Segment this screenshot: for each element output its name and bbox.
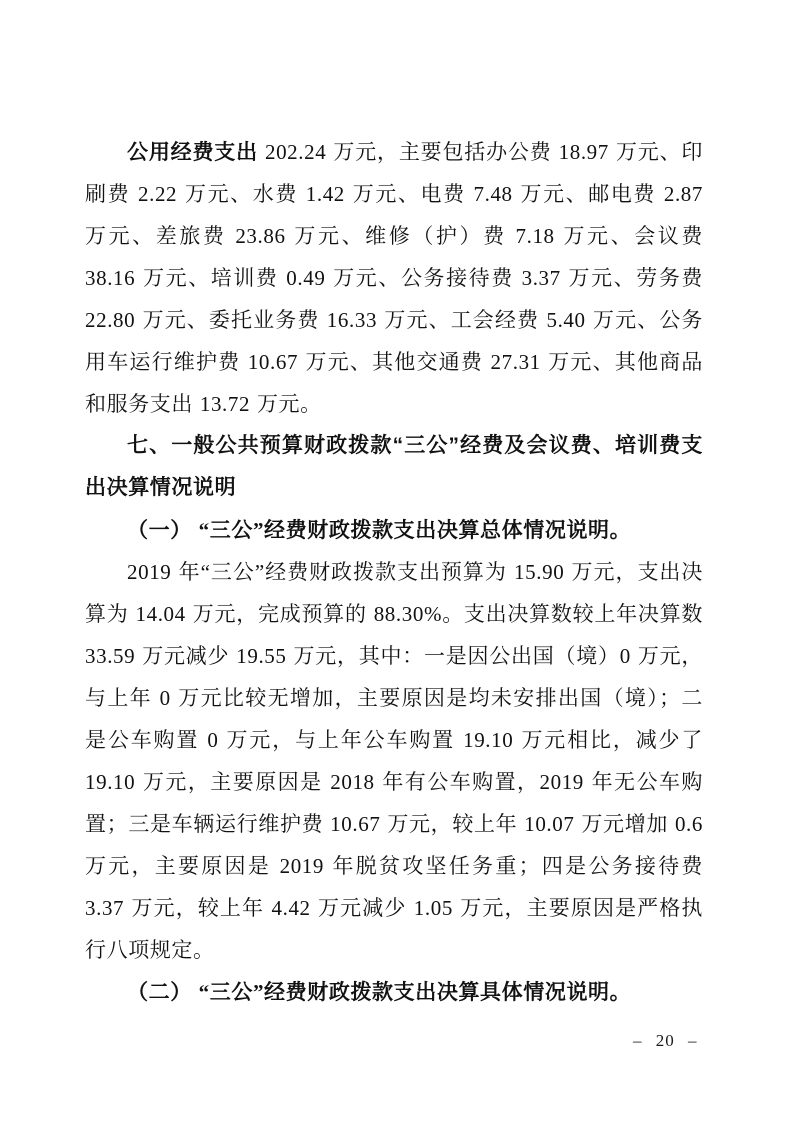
paragraph-public-funds-expenditure: 公用经费支出 202.24 万元，主要包括办公费 18.97 万元、印刷费 2.… <box>85 131 703 425</box>
page-number: – 20 – <box>633 1029 698 1053</box>
paragraph-lead-bold: 公用经费支出 <box>127 140 258 164</box>
document-body: 公用经费支出 202.24 万元，主要包括办公费 18.97 万元、印刷费 2.… <box>85 131 703 1013</box>
paragraph-public-funds-text: 202.24 万元，主要包括办公费 18.97 万元、印刷费 2.22 万元、水… <box>85 140 703 416</box>
subheading-sangong-detail: （二） “三公”经费财政拨款支出决算具体情况说明。 <box>85 971 703 1013</box>
document-page: 公用经费支出 202.24 万元，主要包括办公费 18.97 万元、印刷费 2.… <box>0 0 793 1122</box>
section-heading-7: 七、一般公共预算财政拨款“三公”经费及会议费、培训费支出决算情况说明 <box>85 425 703 509</box>
paragraph-sangong-overview: 2019 年“三公”经费财政拨款支出预算为 15.90 万元，支出决算为 14.… <box>85 551 703 971</box>
subheading-sangong-overall: （一） “三公”经费财政拨款支出决算总体情况说明。 <box>85 509 703 551</box>
